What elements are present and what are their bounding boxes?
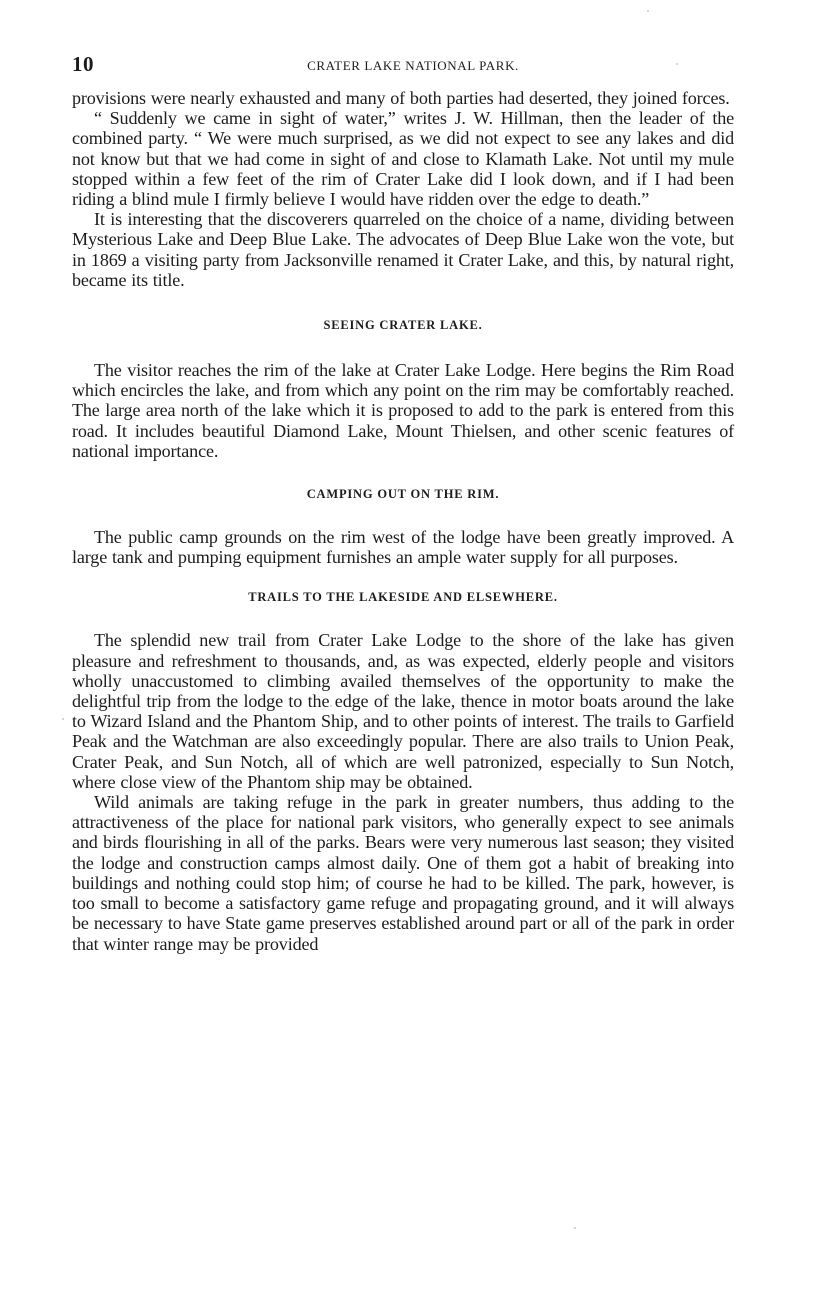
scan-speck (676, 63, 678, 65)
paragraph-hillman-quote: “ Suddenly we came in sight of water,” w… (72, 108, 734, 209)
paragraph-seeing: The visitor reaches the rim of the lake … (72, 360, 734, 461)
section-heading-camping: CAMPING OUT ON THE RIM. (72, 487, 734, 502)
paragraph-continuation: provisions were nearly exhausted and man… (72, 88, 734, 108)
paragraph-wild-animals: Wild animals are taking refuge in the pa… (72, 792, 734, 954)
section-heading-seeing-crater-lake: SEEING CRATER LAKE. (72, 318, 734, 333)
paragraph-trails: The splendid new trail from Crater Lake … (72, 630, 734, 792)
running-head: 10 CRATER LAKE NATIONAL PARK. (72, 52, 734, 86)
scan-speck (647, 10, 649, 12)
paragraph-camping: The public camp grounds on the rim west … (72, 527, 734, 567)
scan-speck (62, 718, 64, 720)
scan-speck (330, 705, 332, 707)
scan-speck (574, 1227, 576, 1229)
section-heading-trails: TRAILS TO THE LAKESIDE AND ELSEWHERE. (72, 590, 734, 605)
running-title: CRATER LAKE NATIONAL PARK. (72, 58, 734, 74)
document-page: 10 CRATER LAKE NATIONAL PARK. provisions… (72, 52, 734, 954)
paragraph-naming: It is interesting that the discoverers q… (72, 209, 734, 290)
